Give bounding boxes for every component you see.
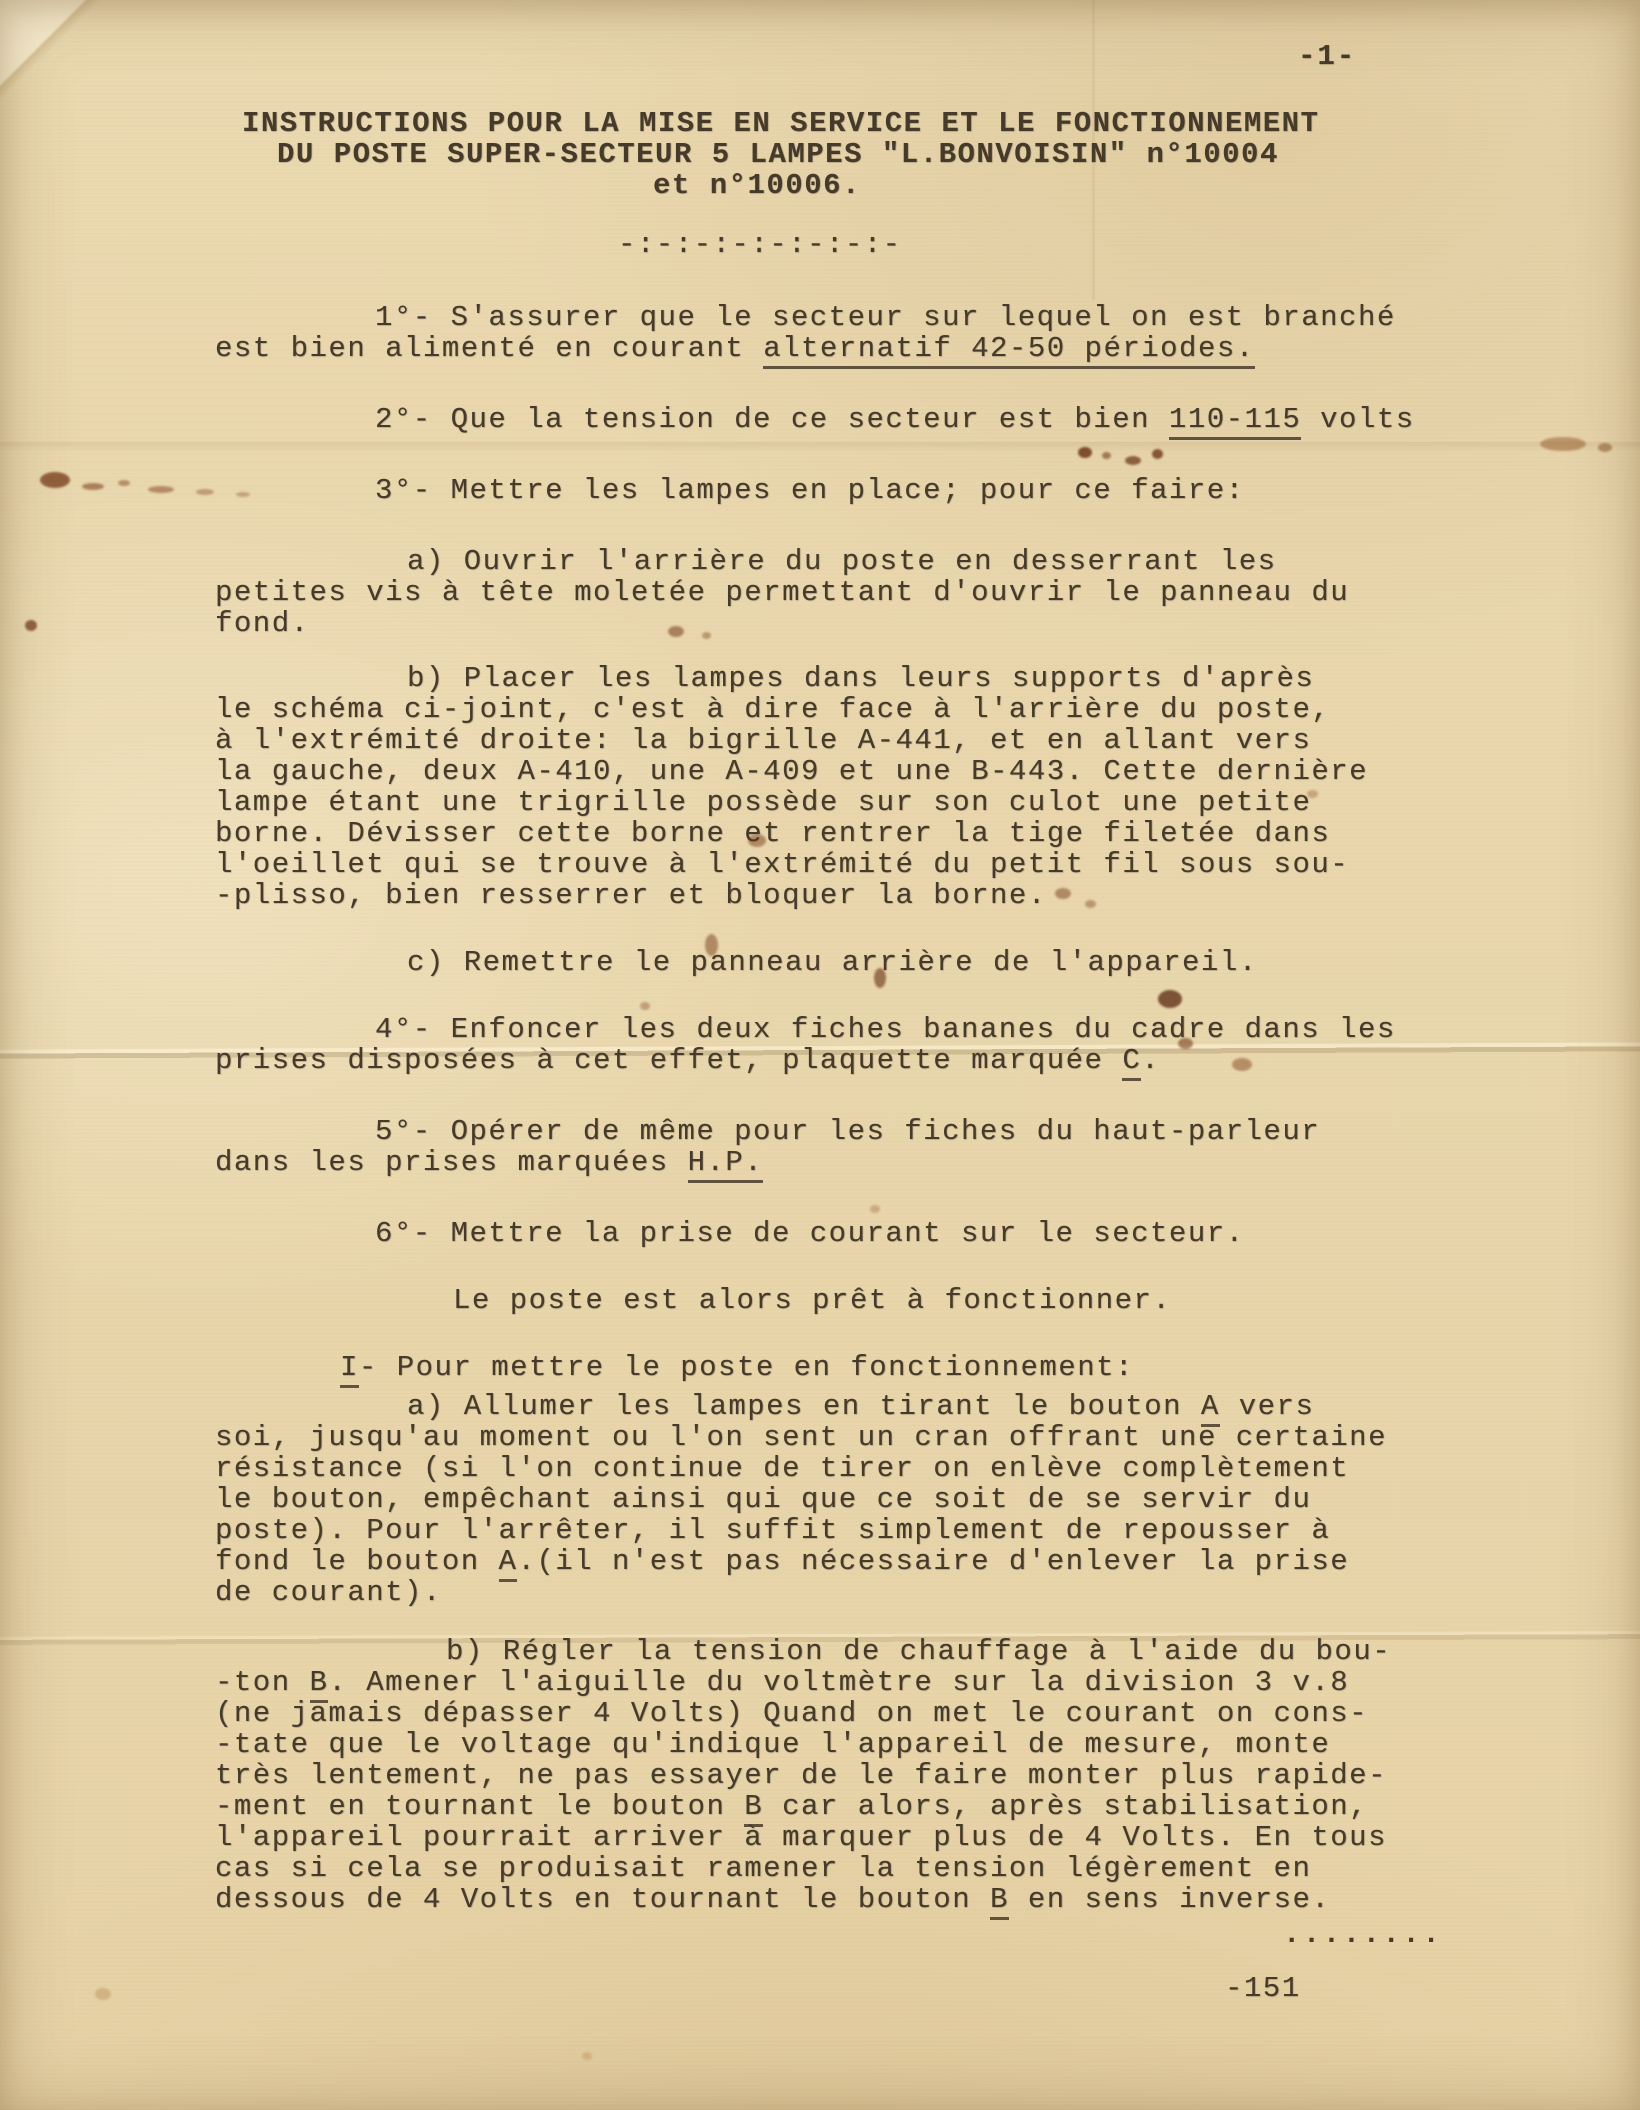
text-segment: est bien alimenté en courant — [215, 332, 763, 365]
text-segment: a) Allumer les lampes en tirant le bouto… — [407, 1390, 1201, 1423]
text-line: fond le bouton A.(il n'est pas nécessair… — [215, 1546, 1610, 1577]
text-line: INSTRUCTIONS POUR LA MISE EN SERVICE ET … — [215, 108, 1610, 139]
text-line: -ton B. Amener l'aiguille du voltmètre s… — [215, 1667, 1610, 1698]
underlined-text: A — [499, 1545, 518, 1582]
text-line: de courant). — [215, 1577, 1610, 1608]
text-segment: vers — [1220, 1390, 1315, 1423]
text-segment: prises disposées à cet effet, plaquette … — [215, 1044, 1122, 1077]
text-segment: résistance (si l'on continue de tirer on… — [215, 1452, 1349, 1485]
text-segment: très lentement, ne pas essayer de le fai… — [215, 1759, 1387, 1792]
text-line: -tate que le voltage qu'indique l'appare… — [215, 1729, 1610, 1760]
text-line: -:-:-:-:-:-:-:- — [215, 229, 1610, 260]
document-page: -1- INSTRUCTIONS POUR LA MISE EN SERVICE… — [0, 0, 1640, 2110]
text-segment: volts — [1301, 403, 1414, 436]
text-segment: 5°- Opérer de même pour les fiches du ha… — [375, 1115, 1320, 1148]
text-segment: b) Régler la tension de chauffage à l'ai… — [446, 1635, 1391, 1668]
text-segment: petites vis à tête moletée permettant d'… — [215, 576, 1349, 609]
text-line: 4°- Enfoncer les deux fiches bananes du … — [215, 1014, 1610, 1045]
paragraph: b) Placer les lampes dans leurs supports… — [215, 663, 1610, 911]
underlined-text: H.P. — [688, 1146, 764, 1183]
text-line: dans les prises marquées H.P. — [215, 1147, 1610, 1178]
text-segment: fond. — [215, 607, 310, 640]
text-line: 5°- Opérer de même pour les fiches du ha… — [215, 1116, 1610, 1147]
text-line: 6°- Mettre la prise de courant sur le se… — [215, 1218, 1610, 1249]
text-line: I- Pour mettre le poste en fonctionnemen… — [215, 1352, 1610, 1383]
paragraph: INSTRUCTIONS POUR LA MISE EN SERVICE ET … — [215, 108, 1610, 201]
text-segment: lampe étant une trigrille possède sur so… — [215, 786, 1311, 819]
text-line: a) Ouvrir l'arrière du poste en desserra… — [215, 546, 1610, 577]
text-line: DU POSTE SUPER-SECTEUR 5 LAMPES "L.BONVO… — [215, 139, 1610, 170]
text-line: petites vis à tête moletée permettant d'… — [215, 577, 1610, 608]
text-segment: et n°10006. — [653, 169, 861, 202]
text-segment: (ne jamais dépasser 4 Volts) Quand on me… — [215, 1697, 1368, 1730]
text-line: -plisso, bien resserrer et bloquer la bo… — [215, 880, 1610, 911]
text-segment: INSTRUCTIONS POUR LA MISE EN SERVICE ET … — [242, 107, 1319, 140]
footer-dots: ........ — [1283, 1918, 1442, 1951]
paragraph: a) Allumer les lampes en tirant le bouto… — [215, 1391, 1610, 1608]
text-segment: 3°- Mettre les lampes en place; pour ce … — [375, 474, 1245, 507]
paragraph: Le poste est alors prêt à fonctionner. — [215, 1285, 1610, 1316]
text-line: dessous de 4 Volts en tournant le bouton… — [215, 1884, 1610, 1915]
text-line: 1°- S'assurer que le secteur sur lequel … — [215, 302, 1610, 333]
text-segment: - Pour mettre le poste en fonctionnement… — [359, 1351, 1134, 1384]
text-line: cas si cela se produisait ramener la ten… — [215, 1853, 1610, 1884]
text-segment: -:-:-:-:-:-:-:- — [618, 228, 902, 261]
text-line: 2°- Que la tension de ce secteur est bie… — [215, 404, 1610, 435]
paragraph: 2°- Que la tension de ce secteur est bie… — [215, 404, 1610, 435]
text-segment: c) Remettre le panneau arrière de l'appa… — [407, 946, 1258, 979]
text-line: soi, jusqu'au moment ou l'on sent un cra… — [215, 1422, 1610, 1453]
paragraph: -:-:-:-:-:-:-:- — [215, 229, 1610, 260]
text-line: a) Allumer les lampes en tirant le bouto… — [215, 1391, 1610, 1422]
text-segment: le schéma ci-joint, c'est à dire face à … — [215, 693, 1330, 726]
text-line: fond. — [215, 608, 1610, 639]
text-segment: car alors, après stabilisation, — [763, 1790, 1368, 1823]
text-segment: de courant). — [215, 1576, 442, 1609]
text-segment: l'oeillet qui se trouve à l'extrémité du… — [215, 848, 1349, 881]
text-segment: dessous de 4 Volts en tournant le bouton — [215, 1883, 990, 1916]
text-line: (ne jamais dépasser 4 Volts) Quand on me… — [215, 1698, 1610, 1729]
paragraph: b) Régler la tension de chauffage à l'ai… — [215, 1636, 1610, 1915]
text-line: prises disposées à cet effet, plaquette … — [215, 1045, 1610, 1076]
text-segment: . Amener l'aiguille du voltmètre sur la … — [328, 1666, 1349, 1699]
text-segment: -ton — [215, 1666, 310, 1699]
text-line: très lentement, ne pas essayer de le fai… — [215, 1760, 1610, 1791]
text-segment: b) Placer les lampes dans leurs supports… — [407, 662, 1314, 695]
text-segment: 6°- Mettre la prise de courant sur le se… — [375, 1217, 1245, 1250]
text-line: c) Remettre le panneau arrière de l'appa… — [215, 947, 1610, 978]
text-line: borne. Dévisser cette borne et rentrer l… — [215, 818, 1610, 849]
text-segment: dans les prises marquées — [215, 1146, 688, 1179]
text-line: le schéma ci-joint, c'est à dire face à … — [215, 694, 1610, 725]
text-line: la gauche, deux A-410, une A-409 et une … — [215, 756, 1610, 787]
text-segment: borne. Dévisser cette borne et rentrer l… — [215, 817, 1330, 850]
text-segment: l'appareil pourrait arriver à marquer pl… — [215, 1821, 1387, 1854]
text-segment: 2°- Que la tension de ce secteur est bie… — [375, 403, 1169, 436]
paragraph: 6°- Mettre la prise de courant sur le se… — [215, 1218, 1610, 1249]
text-segment: cas si cela se produisait ramener la ten… — [215, 1852, 1311, 1885]
text-segment: en sens inverse. — [1009, 1883, 1330, 1916]
text-segment: -tate que le voltage qu'indique l'appare… — [215, 1728, 1330, 1761]
text-line: est bien alimenté en courant alternatif … — [215, 333, 1610, 364]
stain — [582, 2052, 592, 2060]
underlined-text: 110-115 — [1169, 403, 1301, 440]
text-line: poste). Pour l'arrêter, il suffit simple… — [215, 1515, 1610, 1546]
text-segment: . — [1141, 1044, 1160, 1077]
text-segment: poste). Pour l'arrêter, il suffit simple… — [215, 1514, 1330, 1547]
paragraph: c) Remettre le panneau arrière de l'appa… — [215, 947, 1610, 978]
underlined-text: alternatif 42-50 périodes. — [763, 332, 1254, 369]
text-line: b) Placer les lampes dans leurs supports… — [215, 663, 1610, 694]
text-segment: à l'extrémité droite: la bigrille A-441,… — [215, 724, 1311, 757]
paragraph: 4°- Enfoncer les deux fiches bananes du … — [215, 1014, 1610, 1076]
paragraph: 5°- Opérer de même pour les fiches du ha… — [215, 1116, 1610, 1178]
underlined-text: C — [1122, 1044, 1141, 1081]
text-line: lampe étant une trigrille possède sur so… — [215, 787, 1610, 818]
text-segment: a) Ouvrir l'arrière du poste en desserra… — [407, 545, 1277, 578]
text-line: l'oeillet qui se trouve à l'extrémité du… — [215, 849, 1610, 880]
text-line: l'appareil pourrait arriver à marquer pl… — [215, 1822, 1610, 1853]
underlined-text: I — [340, 1351, 359, 1388]
paragraph: a) Ouvrir l'arrière du poste en desserra… — [215, 546, 1610, 639]
text-segment: -plisso, bien resserrer et bloquer la bo… — [215, 879, 1047, 912]
text-segment: -ment en tournant le bouton — [215, 1790, 744, 1823]
text-line: -ment en tournant le bouton B car alors,… — [215, 1791, 1610, 1822]
text-segment: 4°- Enfoncer les deux fiches bananes du … — [375, 1013, 1396, 1046]
underlined-text: B — [990, 1883, 1009, 1920]
text-line: et n°10006. — [215, 170, 1610, 201]
text-segment: Le poste est alors prêt à fonctionner. — [453, 1284, 1171, 1317]
document-body: INSTRUCTIONS POUR LA MISE EN SERVICE ET … — [0, 0, 1640, 1915]
text-segment: .(il n'est pas nécessaire d'enlever la p… — [517, 1545, 1349, 1578]
text-segment: le bouton, empêchant ainsi qui que ce so… — [215, 1483, 1311, 1516]
text-segment: DU POSTE SUPER-SECTEUR 5 LAMPES "L.BONVO… — [277, 138, 1279, 171]
text-segment: soi, jusqu'au moment ou l'on sent un cra… — [215, 1421, 1387, 1454]
text-segment: 1°- S'assurer que le secteur sur lequel … — [375, 301, 1396, 334]
stain — [95, 1988, 111, 2000]
text-segment: fond le bouton — [215, 1545, 499, 1578]
text-line: résistance (si l'on continue de tirer on… — [215, 1453, 1610, 1484]
text-segment: la gauche, deux A-410, une A-409 et une … — [215, 755, 1368, 788]
text-line: 3°- Mettre les lampes en place; pour ce … — [215, 475, 1610, 506]
text-line: le bouton, empêchant ainsi qui que ce so… — [215, 1484, 1610, 1515]
paragraph: I- Pour mettre le poste en fonctionnemen… — [215, 1352, 1610, 1383]
text-line: Le poste est alors prêt à fonctionner. — [215, 1285, 1610, 1316]
paragraph: 3°- Mettre les lampes en place; pour ce … — [215, 475, 1610, 506]
footer-page-ref: -151 — [1225, 1972, 1301, 2005]
text-line: à l'extrémité droite: la bigrille A-441,… — [215, 725, 1610, 756]
paragraph: 1°- S'assurer que le secteur sur lequel … — [215, 302, 1610, 364]
text-line: b) Régler la tension de chauffage à l'ai… — [215, 1636, 1610, 1667]
